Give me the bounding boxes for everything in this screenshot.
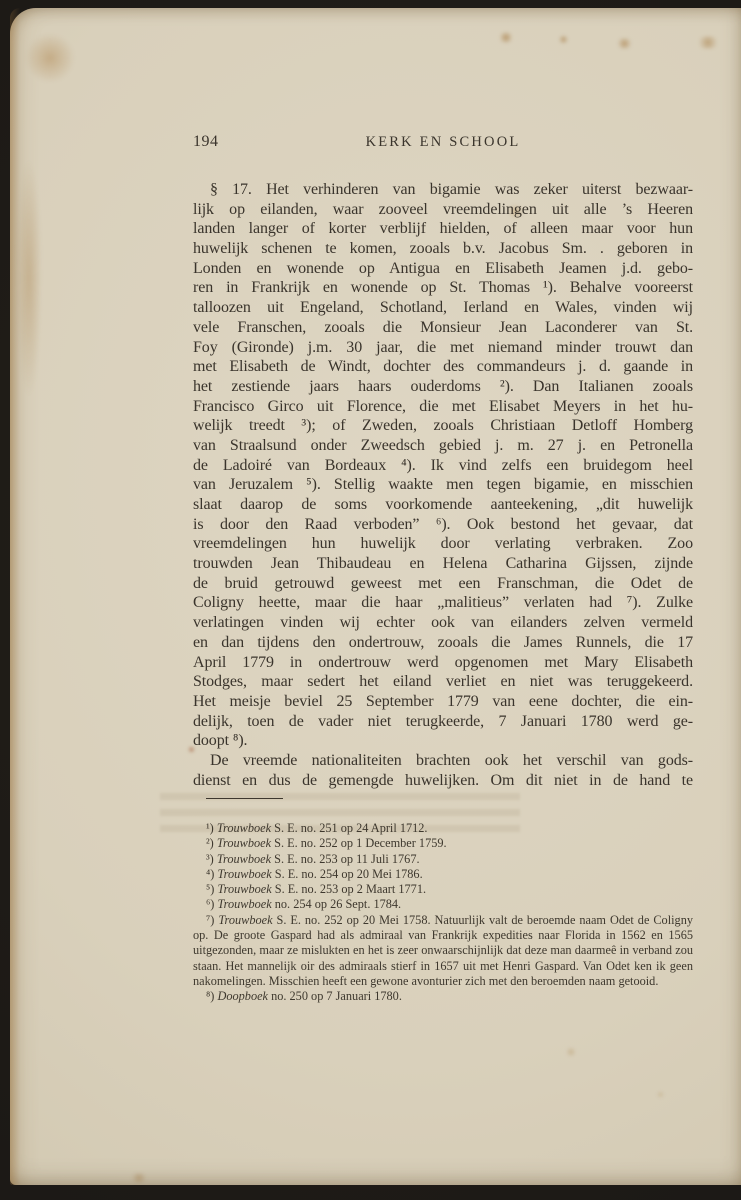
footnote-marker: ⁸) <box>206 989 217 1003</box>
stain <box>616 38 633 49</box>
text-line: Coligny heette, maar die haar „malitieus… <box>193 593 693 613</box>
text-line: landen langer of korter verblijf hielden… <box>193 219 693 239</box>
footnote-source: Trouwboek <box>217 836 271 850</box>
footnote-marker: ⁴) <box>206 867 217 881</box>
text-line: trouwden Jean Thibaudeau en Helena Catha… <box>193 554 693 574</box>
footnote: ⁵) Trouwboek S. E. no. 253 op 2 Maart 17… <box>193 882 693 897</box>
footnote-marker: ⁵) <box>206 882 217 896</box>
footnote-text: S. E. no. 253 op 11 Juli 1767. <box>271 852 419 866</box>
footnote-source: Trouwboek <box>217 897 271 911</box>
footnote-source: Trouwboek <box>218 913 272 927</box>
stain <box>24 34 76 82</box>
text-line: vele Franschen, zooals die Monsieur Jean… <box>193 318 693 338</box>
text-line: de bruid getrouwd geweest met een Fransc… <box>193 574 693 594</box>
footnote: ⁷) Trouwboek S. E. no. 252 op 20 Mei 175… <box>193 913 693 989</box>
footnote-source: Trouwboek <box>217 852 271 866</box>
text-line: welijk treedt ³); of Zweden, zooals Chri… <box>193 416 693 436</box>
text-line: lijk op eilanden, waar zooveel vreemdeli… <box>193 200 693 220</box>
stain <box>657 1091 664 1098</box>
stain <box>498 32 514 43</box>
footnote-source: Trouwboek <box>217 821 271 835</box>
stain <box>130 1173 148 1183</box>
text-line: verlatingen vinden wij echter ook van ei… <box>193 613 693 633</box>
footnote: ¹) Trouwboek S. E. no. 251 op 24 April 1… <box>193 821 693 836</box>
footnote-text: S. E. no. 251 op 24 April 1712. <box>271 821 427 835</box>
footnote-text: S. E. no. 252 op 1 December 1759. <box>271 836 447 850</box>
footnote-divider <box>206 798 283 799</box>
text-line: is door den Raad verboden” ⁶). Ook besto… <box>193 515 693 535</box>
text-line: met Elisabeth de Windt, dochter des comm… <box>193 357 693 377</box>
text-line: Het meisje beviel 25 September 1779 van … <box>193 692 693 712</box>
footnote: ²) Trouwboek S. E. no. 252 op 1 December… <box>193 836 693 851</box>
text-line: ren in Frankrijk en wonende op St. Thoma… <box>193 278 693 298</box>
footnote-text: S. E. no. 253 op 2 Maart 1771. <box>272 882 426 896</box>
footnote: ⁶) Trouwboek no. 254 op 26 Sept. 1784. <box>193 897 693 912</box>
footnote: ⁸) Doopboek no. 250 op 7 Januari 1780. <box>193 989 693 1004</box>
text-line: April 1779 in ondertrouw werd opgenomen … <box>193 653 693 673</box>
footnote-marker: ¹) <box>206 821 217 835</box>
footnote-text: no. 254 op 26 Sept. 1784. <box>272 897 401 911</box>
text-line: van Jeruzalem ⁵). Stellig waakte men teg… <box>193 475 693 495</box>
footnote-source: Trouwboek <box>217 882 271 896</box>
text-line: Francisco Girco uit Florence, die met El… <box>193 397 693 417</box>
stain <box>16 158 42 398</box>
scan-background: { "colors": { "paper": "#d9d0bb", "ink":… <box>0 0 741 1200</box>
footnotes: ¹) Trouwboek S. E. no. 251 op 24 April 1… <box>193 821 693 1005</box>
footnote-source: Doopboek <box>217 989 268 1003</box>
text-line: doopt ⁸). <box>193 731 693 751</box>
footnote-text: no. 250 op 7 Januari 1780. <box>268 989 402 1003</box>
stain <box>566 1047 576 1057</box>
text-line: van Straalsund onder Zweedsch gebied j. … <box>193 436 693 456</box>
text-line: delijk, toen de vader niet terugkeerde, … <box>193 712 693 732</box>
footnote-text: S. E. no. 254 op 20 Mei 1786. <box>272 867 423 881</box>
text-line: § 17. Het verhinderen van bigamie was ze… <box>193 180 693 200</box>
page-title: KERK EN SCHOOL <box>193 134 693 151</box>
text-line: Foy (Gironde) j.m. 30 jaar, die met niem… <box>193 338 693 358</box>
text-line: De vreemde nationaliteiten brachten ook … <box>193 751 693 771</box>
footnote: ⁴) Trouwboek S. E. no. 254 op 20 Mei 178… <box>193 867 693 882</box>
stain <box>558 35 569 44</box>
footnote-marker: ⁶) <box>206 897 217 911</box>
text-line: de Ladoiré van Bordeaux ⁴). Ik vind zelf… <box>193 456 693 476</box>
footnote: ³) Trouwboek S. E. no. 253 op 11 Juli 17… <box>193 852 693 867</box>
text-line: het zestiende jaars haars ouderdoms ²). … <box>193 377 693 397</box>
footnote-marker: ³) <box>206 852 217 866</box>
text-line: vreemdelingen hun huwelijk door verlatin… <box>193 534 693 554</box>
footnote-marker: ²) <box>206 836 217 850</box>
text-line: huwelijk schenen te komen, zooals b.v. J… <box>193 239 693 259</box>
text-line: dienst en dus de gemengde huwelijken. Om… <box>193 771 693 791</box>
footnote-marker: ⁷) <box>206 913 218 927</box>
footnote-source: Trouwboek <box>217 867 271 881</box>
text-line: Londen en wonende op Antigua en Elisabet… <box>193 259 693 279</box>
running-header: 194 KERK EN SCHOOL <box>193 133 693 153</box>
text-line: Stodges, maar sedert het eiland verliet … <box>193 672 693 692</box>
text-line: slaat daarop de soms voorkomende aanteek… <box>193 495 693 515</box>
body-text: § 17. Het verhinderen van bigamie was ze… <box>193 180 693 790</box>
text-line: en dan tijdens den ondertrouw, zooals di… <box>193 633 693 653</box>
text-line: talloozen uit Engeland, Schotland, Ierla… <box>193 298 693 318</box>
stain <box>696 36 720 49</box>
book-page: 194 KERK EN SCHOOL § 17. Het verhinderen… <box>10 8 741 1185</box>
